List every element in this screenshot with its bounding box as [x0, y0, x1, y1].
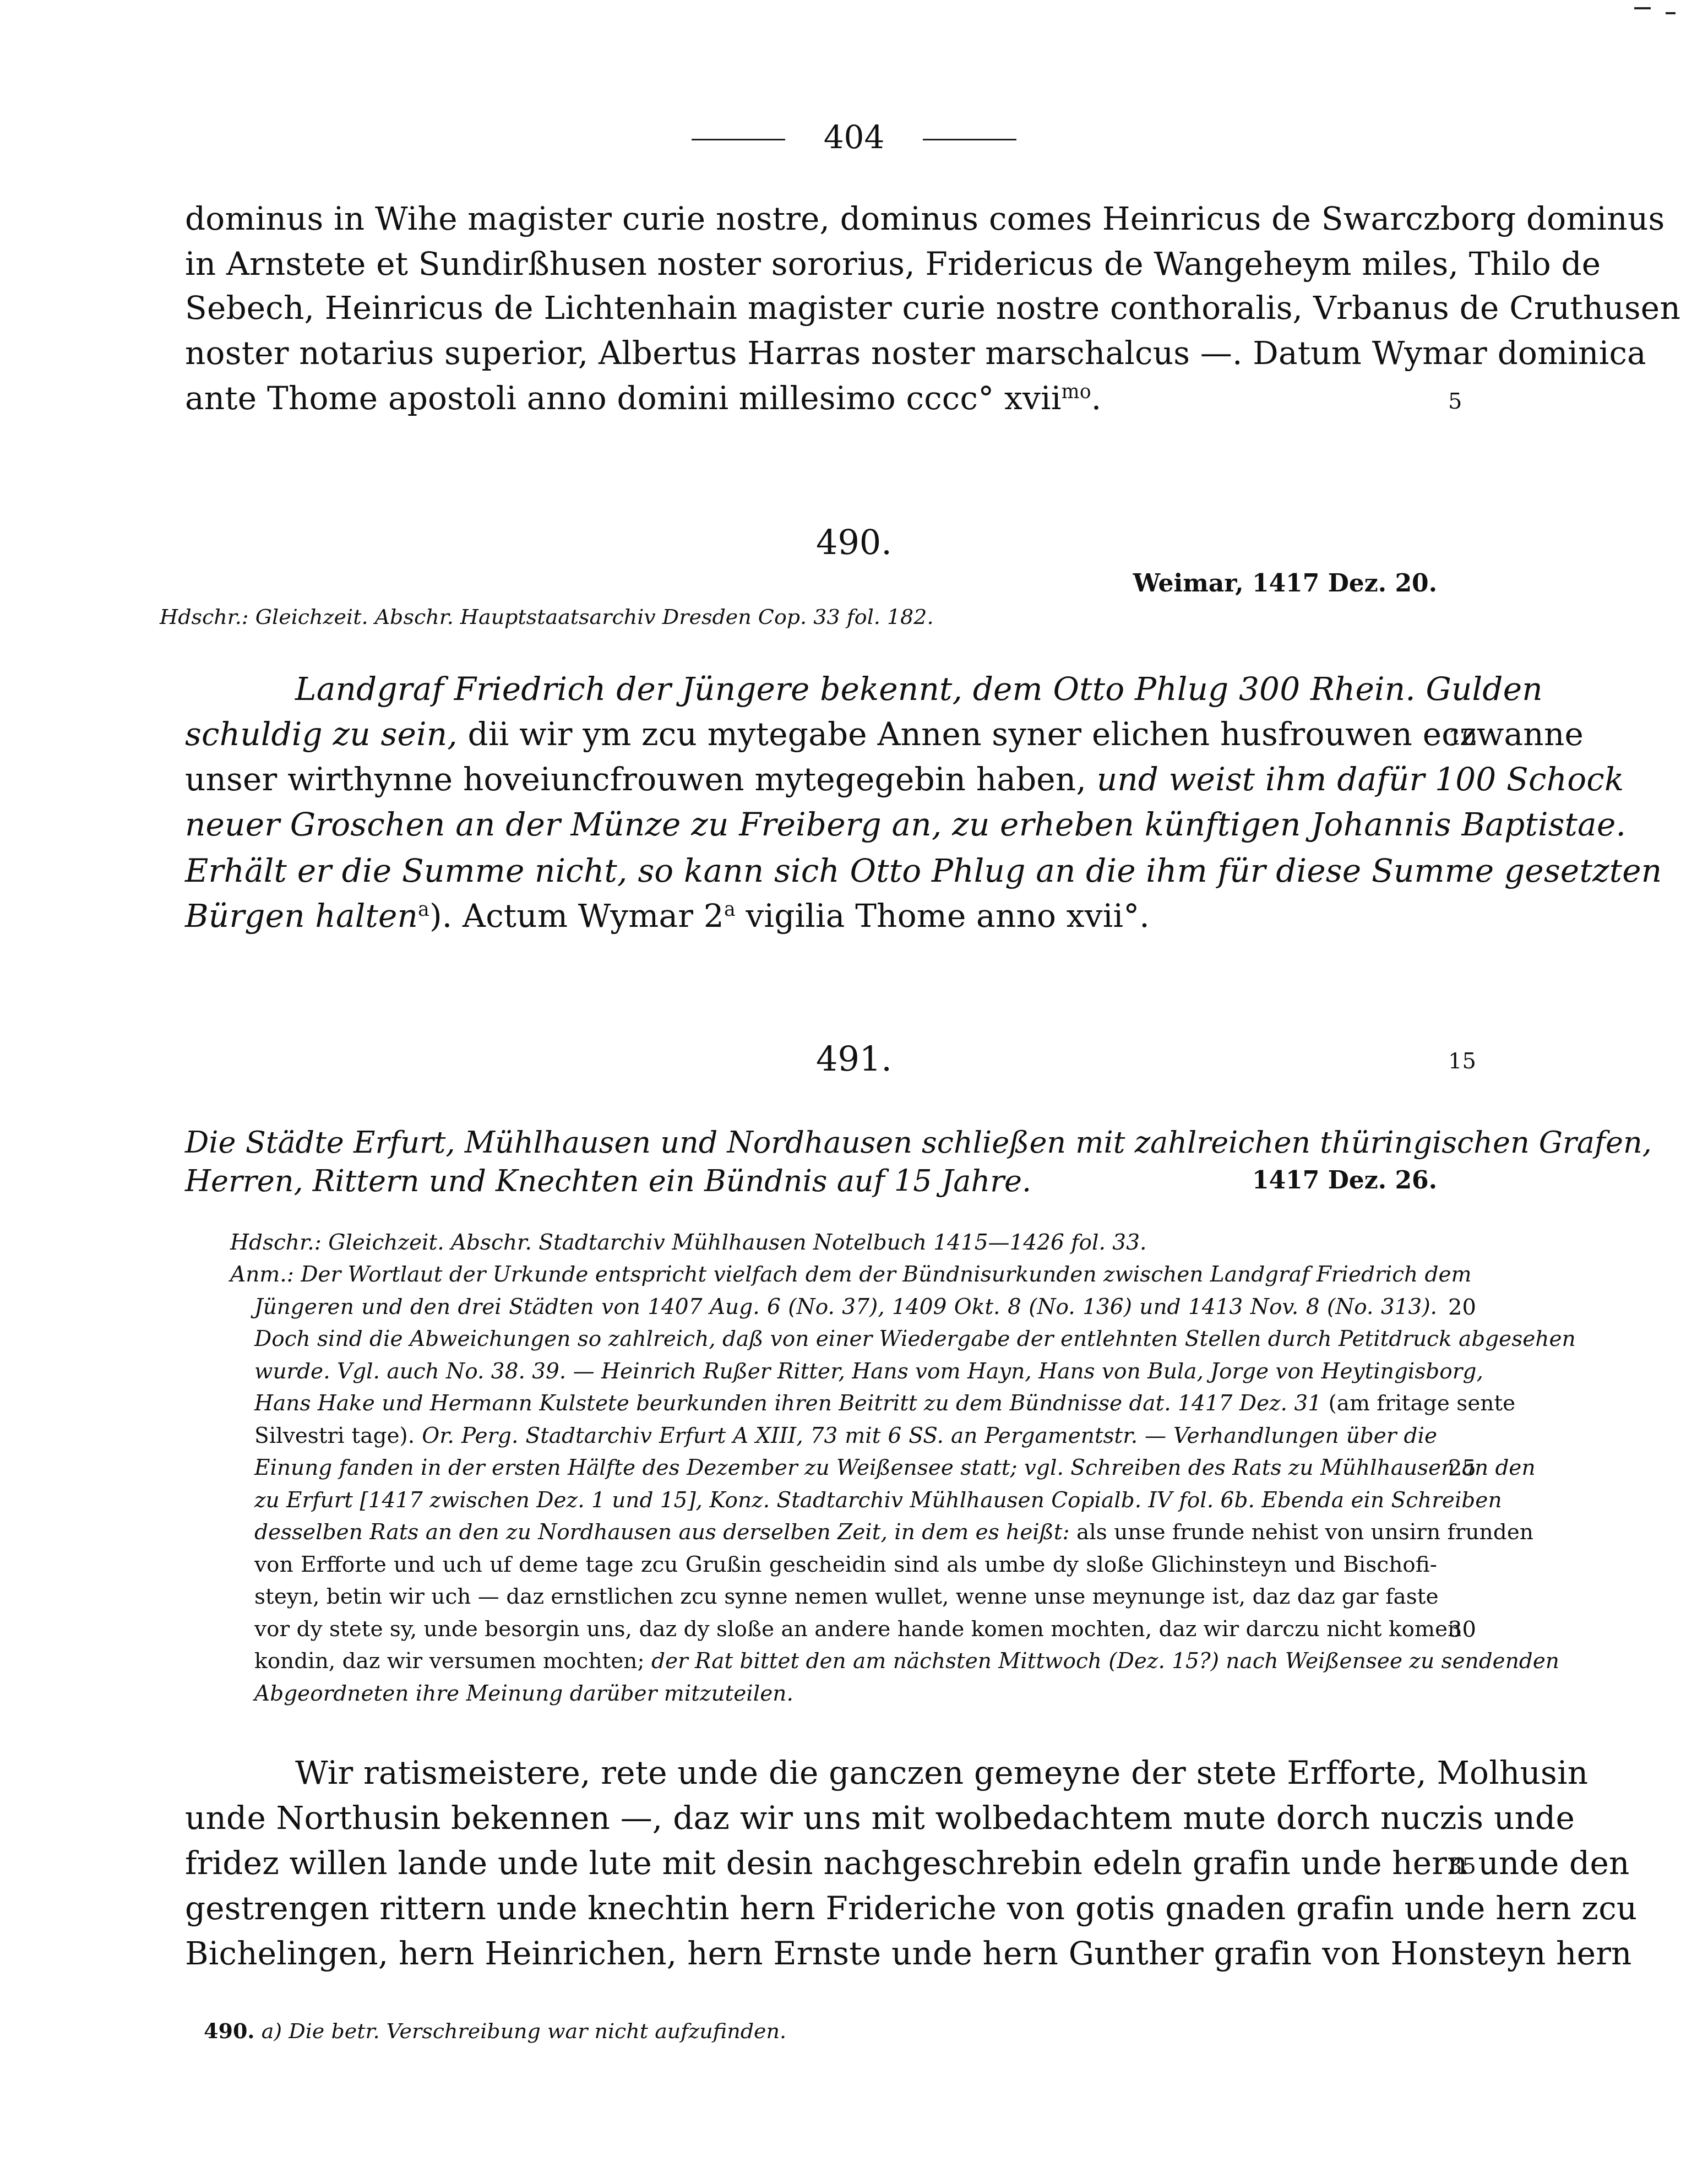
footnote-ref[interactable]: a: [418, 899, 429, 921]
line-number: 25: [1448, 1452, 1476, 1485]
scan-mark: [1634, 7, 1651, 9]
text-line: Wir ratismeistere, rete unde die ganczen…: [185, 1750, 1437, 1795]
line-number: 5: [1448, 379, 1462, 424]
regest-line: Landgraf Friedrich der Jüngere bekennt, …: [185, 666, 1437, 712]
header-rule-left: [692, 139, 785, 140]
place-date: Weimar, 1417 Dez. 20.: [1133, 569, 1437, 598]
text-line: fridez willen lande unde lute mit desin …: [185, 1840, 1437, 1886]
regest-line: Erhält er die Summe nicht, so kann sich …: [185, 848, 1437, 893]
text-line: in Arnstete et Sundirßhusen noster soror…: [185, 241, 1437, 286]
note-line: wurde. Vgl. auch No. 38. 39. — Heinrich …: [254, 1356, 1437, 1388]
note-line: Hans Hake und Hermann Kulstete beurkunde…: [254, 1388, 1437, 1420]
scan-mark: [1666, 12, 1676, 14]
note-line: von Erfforte und uch uf deme tage zcu Gr…: [254, 1549, 1437, 1582]
footnote: 490. a) Die betr. Verschreibung war nich…: [204, 2018, 786, 2043]
line-number: 35: [1448, 1844, 1476, 1889]
line-number: 20: [1448, 1291, 1476, 1324]
line-number: 15: [1448, 1039, 1476, 1084]
note-line: Silvestri tage). Or. Perg. Stadtarchiv E…: [254, 1420, 1437, 1453]
note-line: Einung fanden in der ersten Hälfte des D…: [254, 1452, 1437, 1485]
text-line: Bichelingen, hern Heinrichen, hern Ernst…: [185, 1931, 1437, 1976]
note-line: kondin, daz wir versumen mochten; der Ra…: [254, 1646, 1437, 1678]
document-number: 490.: [0, 522, 1708, 562]
summary-line: Herren, Rittern und Knechten ein Bündnis…: [185, 1162, 1176, 1201]
footnote-doc-ref: 490.: [204, 2018, 255, 2043]
text-line: ante Thome apostoli anno domini millesim…: [185, 376, 1437, 421]
text-line: Sebech, Heinricus de Lichtenhain magiste…: [185, 285, 1437, 330]
regest-line: schuldig zu sein, dii wir ym zcu mytegab…: [185, 712, 1437, 757]
note-line: desselben Rats an den zu Nordhausen aus …: [254, 1517, 1437, 1549]
text-line: gestrengen rittern unde knechtin hern Fr…: [185, 1886, 1437, 1931]
note-line: zu Erfurt [1417 zwischen Dez. 1 und 15],…: [254, 1485, 1437, 1517]
document-date: 1417 Dez. 26.: [1252, 1166, 1437, 1194]
note-line: Doch sind die Abweichungen so zahlreich,…: [254, 1323, 1437, 1356]
text-line: dominus in Wihe magister curie nostre, d…: [185, 196, 1437, 241]
regest-line: unser wirthynne hoveiuncfrouwen mytegege…: [185, 757, 1437, 802]
regest-line: Bürgen haltena). Actum Wymar 2a vigilia …: [185, 893, 1437, 938]
note-line: Jüngeren und den drei Städten von 1407 A…: [254, 1291, 1437, 1324]
page-header: 404: [0, 118, 1708, 156]
note-line: Hdschr.: Gleichzeit. Abschr. Stadtarchiv…: [230, 1227, 1437, 1259]
note-line: vor dy stete sy, unde besorgin uns, daz …: [254, 1614, 1437, 1646]
footnote-text: a) Die betr. Verschreibung war nicht auf…: [262, 2019, 786, 2043]
page-number: 404: [824, 118, 885, 156]
note-line: steyn, betin wir uch — daz ernstlichen z…: [254, 1581, 1437, 1614]
regest-line: neuer Groschen an der Münze zu Freiberg …: [185, 802, 1437, 847]
note-line: Anm.: Der Wortlaut der Urkunde entsprich…: [230, 1259, 1437, 1291]
manuscript-source: Hdschr.: Gleichzeit. Abschr. Hauptstaats…: [160, 605, 934, 629]
text-line: noster notarius superior, Albertus Harra…: [185, 330, 1437, 376]
note-line: Abgeordneten ihre Meinung darüber mitzut…: [254, 1678, 1437, 1710]
text-line: unde Northusin bekennen —, daz wir uns m…: [185, 1795, 1437, 1840]
summary-line: Die Städte Erfurt, Mühlhausen und Nordha…: [185, 1123, 1437, 1162]
line-number: 30: [1448, 1614, 1476, 1646]
line-number: 10: [1448, 715, 1476, 760]
header-rule-right: [923, 139, 1016, 140]
